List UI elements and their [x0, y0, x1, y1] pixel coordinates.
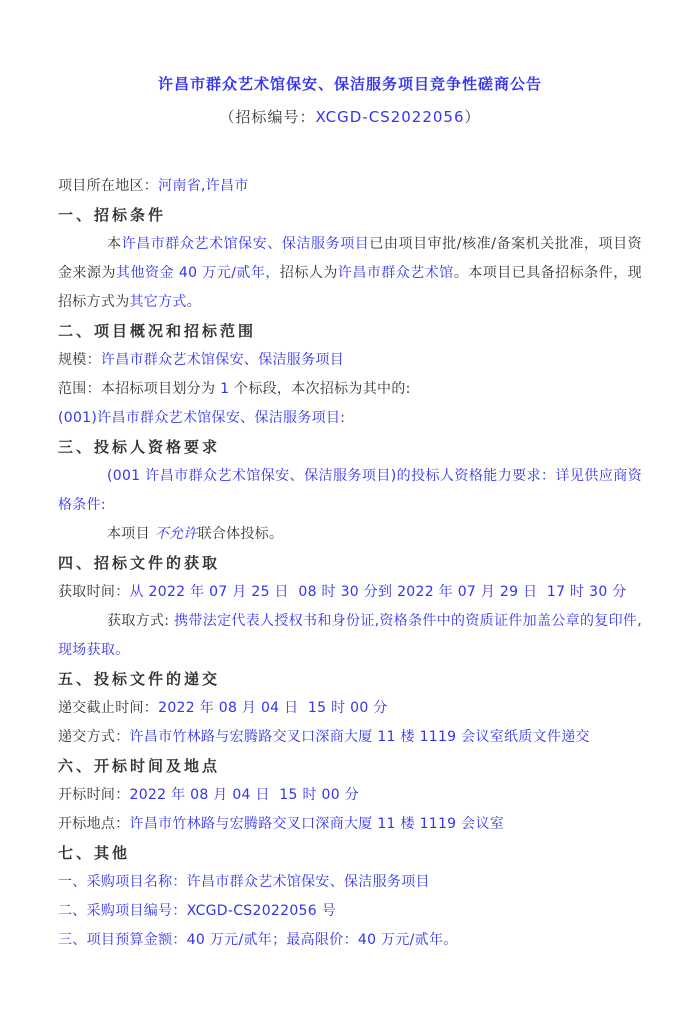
section-2-heading: 二、项目概况和招标范围	[58, 317, 642, 346]
open-time-line: 开标时间：2022 年 08 月 04 日 15 时 00 分	[58, 781, 642, 810]
other-item-1: 一、采购项目名称：许昌市群众艺术馆保安、保洁服务项目	[58, 868, 642, 897]
section-7-heading-seg-0: 七、其他	[58, 844, 130, 862]
scope-line-seg-1: 1	[220, 381, 229, 397]
tender-number-label: （招标编号：	[219, 108, 315, 126]
qualification-paragraph: (001 许昌市群众艺术馆保安、保洁服务项目)的投标人资格能力要求：详见供应商资…	[58, 462, 642, 520]
section-1-paragraph-seg-4: 招标人为	[280, 265, 338, 281]
announcement-document: 许昌市群众艺术馆保安、保洁服务项目竞争性磋商公告 （招标编号：XCGD-CS20…	[0, 0, 699, 1030]
location-line-seg-1: 河南省,许昌市	[158, 178, 249, 194]
lot-line-seg-0: (001)许昌市群众艺术馆保安、保洁服务项目:	[58, 410, 345, 426]
scale-line-seg-0: 规模：	[58, 352, 101, 368]
obtain-time-line: 获取时间：从 2022 年 07 月 25 日 08 时 30 分到 2022 …	[58, 578, 642, 607]
submit-method-line: 递交方式：许昌市竹林路与宏腾路交叉口深商大厦 11 楼 1119 会议室纸质文件…	[58, 723, 642, 752]
open-time-line-seg-1: 2022 年 08 月 04 日 15 时 00 分	[130, 787, 360, 803]
section-4-heading: 四、招标文件的获取	[58, 549, 642, 578]
tender-number-value: XCGD-CS2022056	[315, 108, 464, 126]
section-4-heading-seg-0: 四、招标文件的获取	[58, 554, 220, 572]
section-5-heading-seg-0: 五、投标文件的递交	[58, 670, 220, 688]
section-1-paragraph-seg-7: 其它方式	[130, 294, 187, 310]
obtain-method-paragraph: 获取方式: 携带法定代表人授权书和身份证,资格条件中的资质证件加盖公章的复印件,…	[58, 607, 642, 665]
qualification-paragraph-seg-0: (001 许昌市群众艺术馆保安、保洁服务项目)的投标人资格能力要求：详见供应商资…	[58, 468, 642, 513]
deadline-line-seg-0: 递交截止时间：	[58, 700, 158, 716]
section-3-heading-seg-0: 三、投标人资格要求	[58, 438, 220, 456]
section-1-paragraph-seg-3: 其他资金 40 万元/贰年，	[116, 265, 280, 281]
section-6-heading: 六、开标时间及地点	[58, 752, 642, 781]
obtain-time-line-seg-0: 获取时间：	[58, 584, 130, 600]
section-1-heading: 一、招标条件	[58, 201, 642, 230]
submit-method-line-seg-0: 递交方式：	[58, 729, 130, 745]
other-item-3-seg-0: 三、项目预算金额：40 万元/贰年；最高限价：40 万元/贰年。	[58, 932, 458, 948]
scale-line-seg-1: 许昌市群众艺术馆保安、保洁服务项目	[101, 352, 344, 368]
lot-line: (001)许昌市群众艺术馆保安、保洁服务项目:	[58, 404, 642, 433]
section-5-heading: 五、投标文件的递交	[58, 665, 642, 694]
consortium-line-seg-0: 本项目	[107, 526, 155, 542]
deadline-line: 递交截止时间：2022 年 08 月 04 日 15 时 00 分	[58, 694, 642, 723]
submit-method-line-seg-1: 许昌市竹林路与宏腾路交叉口深商大厦 11 楼 1119 会议室纸质文件递交	[130, 729, 590, 745]
section-1-paragraph-seg-5: 许昌市群众艺术馆	[338, 265, 454, 281]
section-7-heading: 七、其他	[58, 839, 642, 868]
consortium-line-seg-1: 不允许	[155, 526, 198, 542]
section-1-heading-seg-0: 一、招标条件	[58, 206, 166, 224]
scope-line-seg-0: 范围：本招标项目划分为	[58, 381, 220, 397]
obtain-time-line-seg-1: 从 2022 年 07 月 25 日 08 时 30 分到 2022 年 07 …	[130, 584, 627, 600]
open-place-line: 开标地点：许昌市竹林路与宏腾路交叉口深商大厦 11 楼 1119 会议室	[58, 810, 642, 839]
section-1-paragraph-seg-8: 。	[187, 294, 201, 310]
other-item-2-seg-0: 二、采购项目编号：XCGD-CS2022056 号	[58, 903, 336, 919]
document-title: 许昌市群众艺术馆保安、保洁服务项目竞争性磋商公告	[58, 72, 642, 96]
scope-line: 范围：本招标项目划分为 1 个标段，本次招标为其中的:	[58, 375, 642, 404]
other-item-2: 二、采购项目编号：XCGD-CS2022056 号	[58, 897, 642, 926]
section-3-heading: 三、投标人资格要求	[58, 433, 642, 462]
open-time-line-seg-0: 开标时间：	[58, 787, 130, 803]
other-item-3: 三、项目预算金额：40 万元/贰年；最高限价：40 万元/贰年。	[58, 926, 642, 955]
other-item-1-seg-0: 一、采购项目名称：许昌市群众艺术馆保安、保洁服务项目	[58, 874, 430, 890]
open-place-line-seg-0: 开标地点：	[58, 816, 130, 832]
section-1-paragraph: 本许昌市群众艺术馆保安、保洁服务项目已由项目审批/核准/备案机关批准，项目资金来…	[58, 230, 642, 317]
document-body: 项目所在地区：河南省,许昌市一、招标条件本许昌市群众艺术馆保安、保洁服务项目已由…	[58, 172, 642, 955]
location-line-seg-0: 项目所在地区：	[58, 178, 158, 194]
obtain-method-paragraph-seg-0: 获取方式:	[107, 613, 169, 629]
scale-line: 规模：许昌市群众艺术馆保安、保洁服务项目	[58, 346, 642, 375]
consortium-line-seg-2: 联合体投标。	[198, 526, 284, 542]
location-line: 项目所在地区：河南省,许昌市	[58, 172, 642, 201]
tender-number-close: ）	[465, 108, 481, 126]
scope-line-seg-2: 个标段，本次招标为其中的:	[229, 381, 410, 397]
section-6-heading-seg-0: 六、开标时间及地点	[58, 757, 220, 775]
section-1-paragraph-seg-0: 本	[107, 236, 122, 252]
document-subtitle: （招标编号：XCGD-CS2022056）	[58, 102, 642, 132]
section-1-paragraph-seg-1: 许昌市群众艺术馆保安、保洁服务项目	[122, 236, 370, 252]
section-2-heading-seg-0: 二、项目概况和招标范围	[58, 322, 256, 340]
deadline-line-seg-1: 2022 年 08 月 04 日 15 时 00 分	[158, 700, 388, 716]
consortium-line: 本项目 不允许联合体投标。	[58, 520, 642, 549]
open-place-line-seg-1: 许昌市竹林路与宏腾路交叉口深商大厦 11 楼 1119 会议室	[130, 816, 505, 832]
